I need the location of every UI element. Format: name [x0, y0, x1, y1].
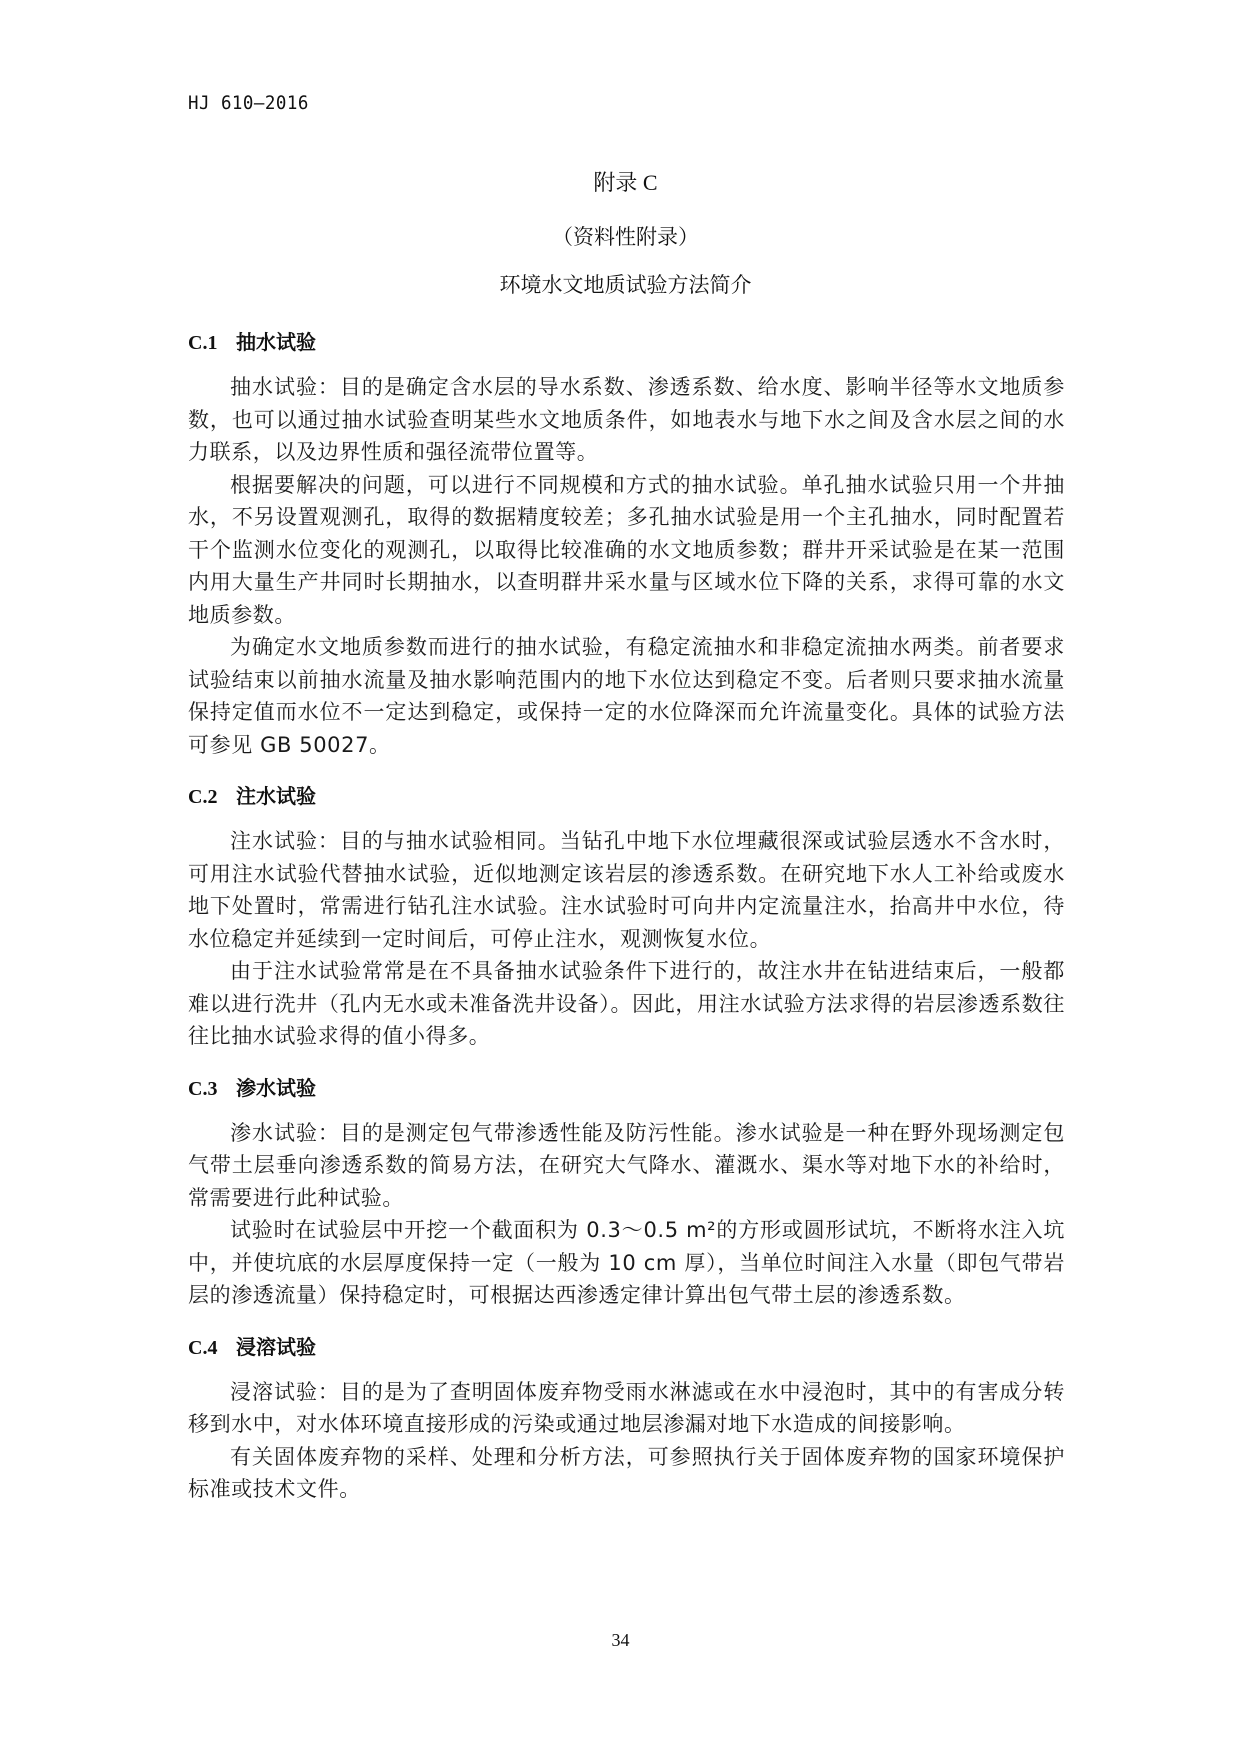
document-body: C.1抽水试验 抽水试验：目的是确定含水层的导水系数、渗透系数、给水度、影响半径…: [188, 326, 1065, 1525]
section-title: 抽水试验: [236, 330, 316, 354]
section-paragraphs: 注水试验：目的与抽水试验相同。当钻孔中地下水位埋藏很深或试验层透水不含水时，可用…: [188, 825, 1065, 1053]
paragraph: 根据要解决的问题，可以进行不同规模和方式的抽水试验。单孔抽水试验只用一个井抽水，…: [188, 469, 1065, 632]
page-number: 34: [0, 1630, 1241, 1651]
paragraph: 注水试验：目的与抽水试验相同。当钻孔中地下水位埋藏很深或试验层透水不含水时，可用…: [188, 825, 1065, 955]
section-c2: C.2注水试验 注水试验：目的与抽水试验相同。当钻孔中地下水位埋藏很深或试验层透…: [188, 780, 1065, 1053]
section-paragraphs: 渗水试验：目的是测定包气带渗透性能及防污性能。渗水试验是一种在野外现场测定包气带…: [188, 1117, 1065, 1312]
paragraph: 渗水试验：目的是测定包气带渗透性能及防污性能。渗水试验是一种在野外现场测定包气带…: [188, 1117, 1065, 1215]
paragraph: 有关固体废弃物的采样、处理和分析方法，可参照执行关于固体废弃物的国家环境保护标准…: [188, 1441, 1065, 1506]
section-c1: C.1抽水试验 抽水试验：目的是确定含水层的导水系数、渗透系数、给水度、影响半径…: [188, 326, 1065, 761]
standard-code: HJ 610—2016: [188, 92, 309, 114]
section-c3: C.3渗水试验 渗水试验：目的是测定包气带渗透性能及防污性能。渗水试验是一种在野…: [188, 1072, 1065, 1312]
paragraph: 抽水试验：目的是确定含水层的导水系数、渗透系数、给水度、影响半径等水文地质参数，…: [188, 371, 1065, 469]
section-title: 注水试验: [236, 784, 316, 808]
appendix-label: 附录 C: [188, 166, 1063, 197]
section-heading: C.2注水试验: [188, 780, 1065, 812]
section-c4: C.4浸溶试验 浸溶试验：目的是为了查明固体废弃物受雨水淋滤或在水中浸泡时，其中…: [188, 1331, 1065, 1506]
section-number: C.3: [188, 1073, 236, 1105]
paragraph: 为确定水文地质参数而进行的抽水试验，有稳定流抽水和非稳定流抽水两类。前者要求试验…: [188, 631, 1065, 761]
section-number: C.1: [188, 327, 236, 359]
section-paragraphs: 抽水试验：目的是确定含水层的导水系数、渗透系数、给水度、影响半径等水文地质参数，…: [188, 371, 1065, 761]
paragraph: 试验时在试验层中开挖一个截面积为 0.3～0.5 m²的方形或圆形试坑，不断将水…: [188, 1214, 1065, 1312]
appendix-type: （资料性附录）: [188, 221, 1063, 251]
document-page: HJ 610—2016 附录 C （资料性附录） 环境水文地质试验方法简介 C.…: [0, 0, 1241, 1754]
section-heading: C.4浸溶试验: [188, 1331, 1065, 1363]
appendix-title: 环境水文地质试验方法简介: [188, 269, 1063, 299]
section-title: 渗水试验: [236, 1076, 316, 1100]
section-heading: C.1抽水试验: [188, 326, 1065, 358]
section-number: C.2: [188, 781, 236, 813]
paragraph: 由于注水试验常常是在不具备抽水试验条件下进行的，故注水井在钻进结束后，一般都难以…: [188, 955, 1065, 1053]
section-title: 浸溶试验: [236, 1335, 316, 1359]
section-heading: C.3渗水试验: [188, 1072, 1065, 1104]
section-number: C.4: [188, 1332, 236, 1364]
section-paragraphs: 浸溶试验：目的是为了查明固体废弃物受雨水淋滤或在水中浸泡时，其中的有害成分转移到…: [188, 1376, 1065, 1506]
paragraph: 浸溶试验：目的是为了查明固体废弃物受雨水淋滤或在水中浸泡时，其中的有害成分转移到…: [188, 1376, 1065, 1441]
